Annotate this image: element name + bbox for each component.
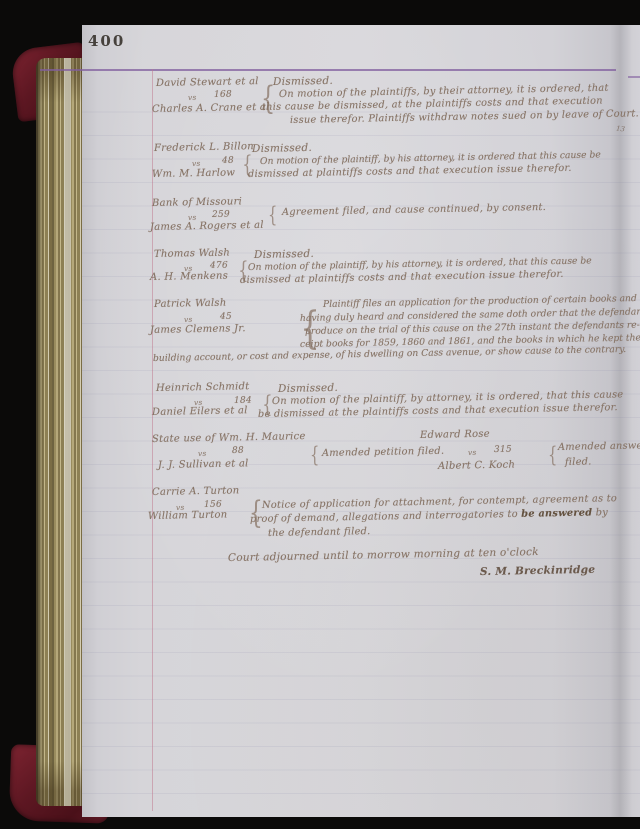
versus-abbrev: vs: [198, 449, 207, 458]
order-text-segment: proof of demand, allegations and interro…: [250, 509, 521, 525]
order-heading: Dismissed.: [252, 142, 312, 155]
plaintiff-name: State use of Wm. H. Maurice: [152, 431, 306, 445]
plaintiff-name: Bank of Missouri: [152, 196, 242, 209]
versus-abbrev: vs: [184, 315, 193, 324]
case-number: 48: [222, 156, 234, 166]
defendant-name: William Turton: [148, 509, 228, 522]
judge-signature: S. M. Breckinridge: [480, 564, 595, 578]
defendant-name: Wm. M. Harlow: [152, 167, 235, 180]
facing-page-rule: [628, 76, 640, 78]
order-heading: Dismissed.: [273, 75, 333, 88]
order-text-line: filed.: [565, 456, 592, 468]
case-number: 168: [214, 90, 232, 100]
order-text-segment: by: [592, 507, 608, 518]
order-heading: Dismissed.: [278, 382, 338, 395]
entry-brace: {: [268, 205, 277, 226]
order-text-line: Amended petition filed.: [322, 446, 444, 459]
plaintiff-name: Carrie A. Turton: [152, 485, 240, 498]
plaintiff-name: David Stewart et al: [156, 76, 259, 89]
case-number: 156: [204, 500, 222, 510]
defendant-name: Albert C. Koch: [438, 460, 515, 472]
versus-abbrev: vs: [192, 159, 201, 168]
defendant-name: James A. Rogers et al: [150, 220, 264, 233]
case-number: 476: [210, 261, 228, 271]
case-number: 259: [212, 210, 230, 220]
adjournment-line: Court adjourned until to morrow morning …: [228, 546, 539, 564]
book-page-edges: [36, 58, 84, 806]
plaintiff-name: Patrick Walsh: [154, 298, 227, 310]
versus-abbrev: vs: [188, 93, 197, 102]
order-text-line: Amended answer: [558, 440, 640, 453]
plaintiff-name: Thomas Walsh: [154, 248, 230, 260]
ledger-page: 400 13 David Stewart et al vs 168 Charle…: [82, 25, 640, 817]
top-margin-rule: [40, 69, 616, 71]
case-number: 315: [494, 445, 512, 455]
order-text-line: the defendant filed.: [268, 526, 371, 539]
defendant-name: James Clemens Jr.: [150, 323, 246, 336]
defendant-name: Charles A. Crane et al: [152, 102, 270, 115]
entry-brace: {: [548, 445, 557, 466]
book-page-edges-highlight: [64, 58, 71, 806]
overwritten-correction: be answered: [521, 507, 592, 519]
page-number: 400: [88, 32, 125, 50]
case-number: 88: [232, 446, 244, 456]
versus-abbrev: vs: [468, 448, 477, 457]
plaintiff-name: Frederick L. Billon: [154, 141, 254, 154]
entry-brace: {: [310, 445, 319, 466]
order-text-line: Agreement filed, and cause continued, by…: [282, 202, 546, 218]
order-heading: Dismissed.: [254, 248, 314, 261]
gutter-annotation: 13: [616, 125, 626, 134]
defendant-name: A. H. Menkens: [150, 271, 228, 283]
plaintiff-name: Heinrich Schmidt: [156, 381, 250, 394]
case-number: 45: [220, 312, 232, 322]
plaintiff-name: Edward Rose: [420, 429, 490, 441]
defendant-name: J. J. Sullivan et al: [158, 458, 249, 471]
defendant-name: Daniel Eilers et al: [152, 405, 248, 418]
